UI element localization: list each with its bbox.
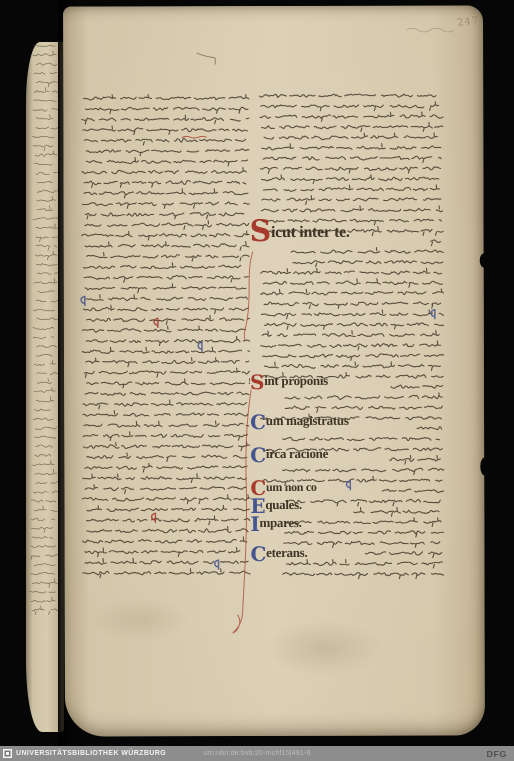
script-line (33, 418, 53, 420)
script-line (35, 427, 56, 430)
heading-text: mpares. (259, 515, 301, 530)
script-line (37, 206, 53, 211)
script-line (31, 500, 56, 502)
rubricated-heading: Impares. (250, 515, 301, 531)
script-line (35, 436, 56, 438)
rubricated-heading: Sicut inter te. (250, 224, 350, 242)
script-line (36, 115, 53, 120)
script-line (31, 518, 54, 520)
dfg-logo: DFG (487, 749, 508, 758)
rubricated-heading: Cum magistratus (250, 413, 348, 429)
script-line (32, 579, 58, 588)
script-line (37, 373, 58, 375)
script-line (36, 63, 56, 66)
rubricated-heading: Sint proponis (250, 373, 328, 389)
script-line (31, 597, 55, 602)
script-line (34, 45, 55, 47)
page-edge-notch (480, 457, 489, 475)
script-line (33, 337, 54, 339)
script-line (33, 100, 56, 102)
rubricated-heading: Circa racione (250, 446, 328, 462)
script-line (35, 151, 57, 156)
red-pen-flourish (244, 252, 253, 340)
script-line (34, 409, 51, 411)
paraph-mark (431, 310, 435, 319)
paraph-mark (154, 318, 158, 327)
decorated-initial: C (250, 542, 266, 566)
script-line (36, 172, 59, 175)
script-line (34, 360, 56, 365)
viewer-footer: UNIVERSITÄTSBIBLIOTHEK WÜRZBURG urn:nbn:… (0, 746, 514, 761)
script-line (31, 572, 55, 574)
script-line (32, 537, 53, 539)
script-line (36, 245, 57, 251)
decorated-initial: C (250, 443, 266, 467)
script-line (31, 555, 59, 560)
decorated-initial: C (250, 410, 266, 434)
script-line (30, 591, 56, 593)
script-line (32, 606, 58, 615)
heading-text: quales. (265, 497, 302, 512)
script-line (33, 218, 59, 220)
heading-text: eterans. (266, 545, 307, 560)
script-line (34, 278, 58, 283)
script-line (34, 388, 55, 393)
script-line (31, 545, 56, 547)
script-line (34, 87, 58, 92)
script-line (34, 506, 58, 512)
script-line (36, 224, 58, 229)
script-line (35, 454, 51, 456)
script-line (34, 564, 55, 566)
heading-text: icut inter te. (271, 224, 350, 241)
script-line (32, 460, 54, 465)
rubrication-ornaments (63, 5, 485, 736)
script-line (35, 470, 57, 475)
script-line (36, 482, 59, 484)
script-line (36, 127, 61, 129)
script-line (38, 291, 55, 293)
rubricated-heading: Cum non co (250, 480, 316, 495)
rubricated-heading: Ceterans. (250, 545, 307, 561)
red-pen-flourish (232, 390, 252, 633)
script-line (37, 181, 52, 182)
rubricated-heading: Equales. (250, 497, 302, 513)
script-line (34, 72, 57, 74)
script-line (37, 197, 56, 202)
pencil-inscription-squiggle (407, 28, 453, 32)
script-line (35, 251, 56, 260)
heading-text: int proponis (264, 373, 328, 388)
script-line (36, 355, 53, 357)
script-line (33, 491, 58, 493)
script-line (33, 51, 57, 56)
script-line (36, 237, 58, 242)
paraph-mark (347, 481, 351, 490)
heading-text: um non co (266, 480, 317, 494)
script-line (33, 327, 54, 329)
script-line (37, 190, 58, 192)
decorated-initial: I (250, 512, 259, 536)
urn-label: urn:nbn:de:bvb:20-mchf15|491-6 (0, 750, 514, 757)
digitized-manuscript-view: Sicut inter te.Sint proponisCum magistra… (0, 0, 514, 761)
top-margin-mark (197, 53, 215, 64)
script-line (36, 397, 54, 402)
manuscript-page: Sicut inter te.Sint proponisCum magistra… (63, 5, 485, 736)
heading-text: um magistratus (266, 413, 349, 428)
script-line (33, 136, 55, 137)
decorated-initial: S (250, 214, 271, 249)
script-line (38, 273, 58, 275)
script-line (36, 264, 57, 266)
paraph-mark (81, 296, 85, 305)
script-line (33, 108, 58, 111)
script-line (34, 163, 52, 165)
page-edge-notch (480, 253, 488, 267)
script-line (36, 445, 53, 448)
script-line (37, 379, 51, 384)
paraph-mark (198, 342, 202, 351)
decorated-initial: S (250, 370, 264, 394)
red-underline-mark (182, 136, 206, 138)
script-line (31, 527, 53, 533)
paraph-mark (215, 560, 219, 569)
script-line (33, 145, 53, 151)
heading-text: irca racione (266, 446, 328, 461)
script-line (37, 318, 58, 320)
script-line (33, 309, 55, 311)
paraph-mark (152, 513, 156, 522)
script-line (36, 81, 57, 87)
script-line (37, 346, 57, 348)
